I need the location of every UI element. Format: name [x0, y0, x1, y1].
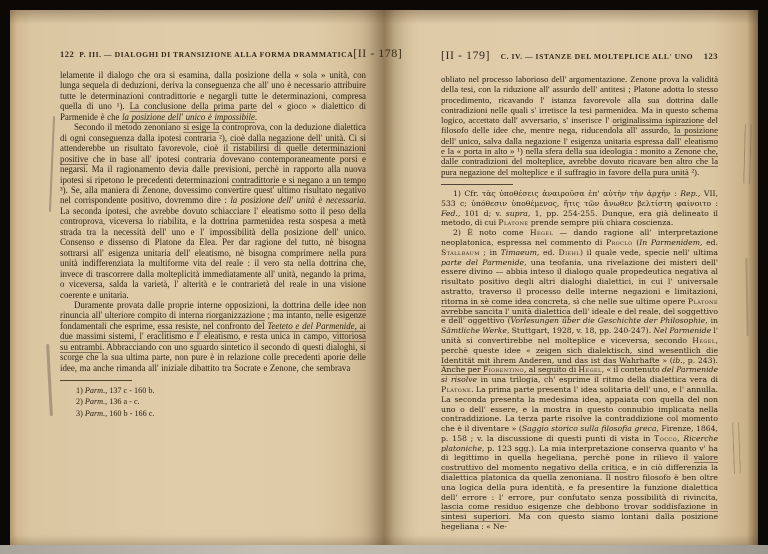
left-page-number: 122	[60, 49, 74, 59]
paragraph: Duramente provata dalle proprie interne …	[60, 300, 366, 373]
right-page-header: [II - 179] C. IV. — ISTANZE DEL MOLTEPLI…	[441, 48, 718, 63]
paragraph: Secondo il metodo zenoniano si esige la …	[60, 122, 366, 300]
left-page: 122 P. III. — DIALOGHI DI TRANSIZIONE AL…	[60, 46, 366, 419]
right-page-body: obliato nel processo laborioso dell' arg…	[441, 74, 718, 177]
left-volume-ref: [II - 178]	[353, 46, 402, 61]
left-page-body: lelamente il dialogo che ora si esamina,…	[60, 70, 366, 373]
footnote: 2) È noto come Hegel — dando ragione all…	[441, 228, 718, 532]
footnote: 1) Parm., 137 c - 160 b.	[60, 385, 366, 396]
left-running-title: P. III. — DIALOGHI DI TRANSIZIONE ALLA F…	[79, 50, 353, 59]
footnote: 2) Parm., 136 a - c.	[60, 396, 366, 407]
right-running-title: C. IV. — ISTANZE DEL MOLTEPLICE ALL' UNO	[501, 52, 694, 61]
paragraph: lelamente il dialogo che ora si esamina,…	[60, 70, 366, 122]
book-scan-photo: 122 P. III. — DIALOGHI DI TRANSIZIONE AL…	[0, 0, 768, 554]
left-footnote-separator	[60, 380, 132, 381]
right-volume-ref: [II - 179]	[441, 48, 490, 63]
right-footnote-separator	[441, 184, 513, 185]
right-page-number: 123	[704, 51, 718, 61]
right-page-footnotes: 1) Cfr. τὰς ὑποθέσεις ἀναιροῦσα ἐπ' αὐτὴ…	[441, 189, 718, 532]
right-page: [II - 179] C. IV. — ISTANZE DEL MOLTEPLI…	[441, 48, 718, 532]
paragraph: obliato nel processo laborioso dell' arg…	[441, 74, 718, 177]
left-page-footnotes: 1) Parm., 137 c - 160 b.2) Parm., 136 a …	[60, 385, 366, 419]
scanner-table-strip	[0, 545, 768, 554]
left-page-header: 122 P. III. — DIALOGHI DI TRANSIZIONE AL…	[60, 46, 366, 61]
footnote: 1) Cfr. τὰς ὑποθέσεις ἀναιροῦσα ἐπ' αὐτὴ…	[441, 189, 718, 228]
footnote: 3) Parm., 160 b - 166 c.	[60, 408, 366, 419]
